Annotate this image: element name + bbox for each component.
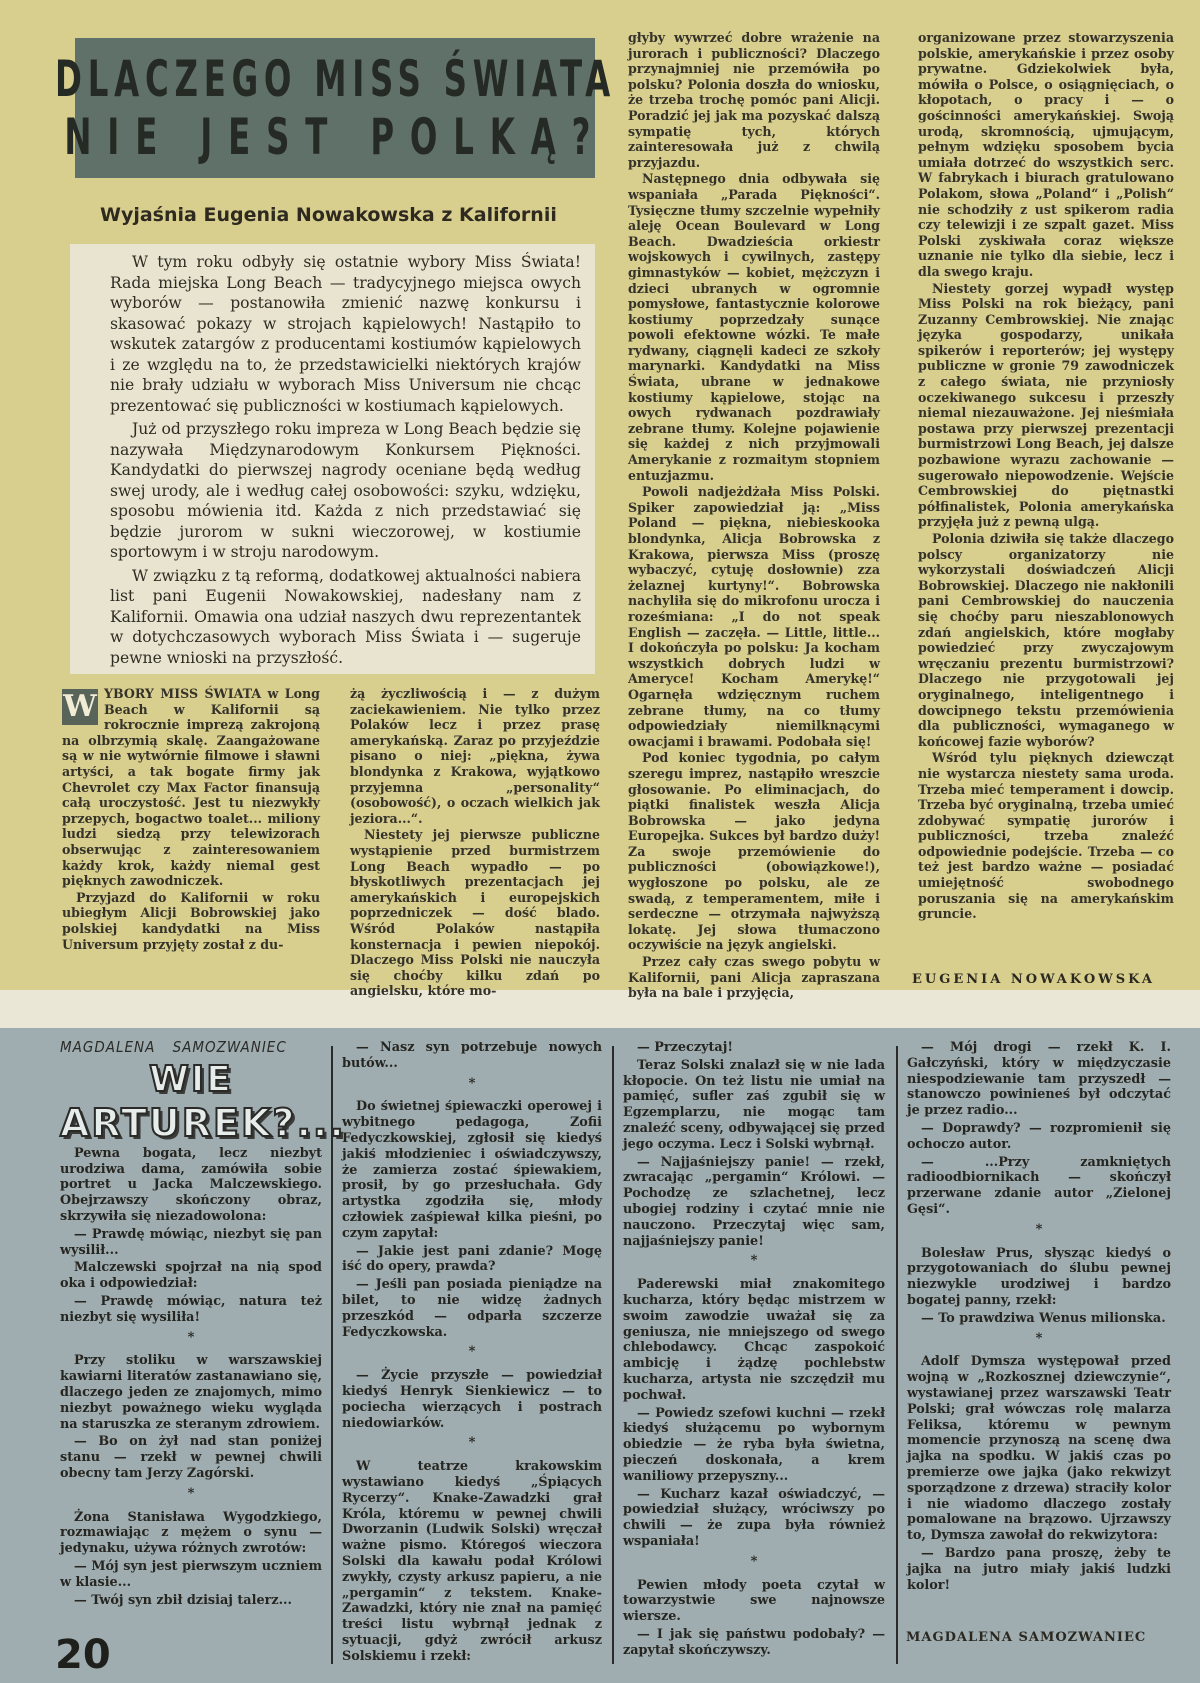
- column-rule: [896, 1046, 898, 1664]
- paragraph: Polonia dziwiła się także dlaczego polsc…: [918, 531, 1174, 749]
- article1-column-3: głyby wywrzeć dobre wrażenie na jurorach…: [628, 30, 880, 1002]
- article2-author: MAGDALENA SAMOZWANIEC: [60, 1040, 322, 1056]
- section-divider: [0, 990, 1200, 1028]
- paragraph: głyby wywrzeć dobre wrażenie na jurorach…: [628, 30, 880, 170]
- paragraph: — Twój syn zbił dzisiaj talerz...: [60, 1593, 322, 1609]
- paragraph: — Doprawdy? — rozpromienił się ochoczo a…: [907, 1121, 1171, 1153]
- paragraph: organizowane przez stowarzyszenia polski…: [918, 30, 1174, 280]
- article1-column-1: WYBORY MISS ŚWIATA w Long Beach w Kalifo…: [62, 686, 320, 953]
- star-separator-icon: *: [342, 1344, 602, 1360]
- star-separator-icon: *: [60, 1330, 322, 1346]
- paragraph: — I jak się państwu podobały? — zapytał …: [623, 1627, 885, 1659]
- paragraph: Żona Stanisława Wygodzkiego, rozmawiając…: [60, 1510, 322, 1557]
- author-signature: EUGENIA NOWAKOWSKA: [912, 972, 1155, 987]
- paragraph: Przyjazd do Kalifornii w roku ubiegłym A…: [62, 890, 320, 952]
- paragraph: — Bardzo pana proszę, żeby te jajka na j…: [907, 1546, 1171, 1593]
- paragraph: — Powiedz szefowi kuchni — rzekł kiedyś …: [623, 1406, 885, 1485]
- article2-column-4: — Mój drogi — rzekł K. I. Gałczyński, kt…: [907, 1040, 1171, 1595]
- article1-column-2: żą życzliwością i — z dużym zaciekawieni…: [350, 686, 600, 1000]
- paragraph: Pod koniec tygodnia, po całym szeregu im…: [628, 750, 880, 953]
- headline-line-2: NIE JEST POLKĄ?: [64, 108, 606, 166]
- star-separator-icon: *: [342, 1076, 602, 1092]
- intro-paragraph: Już od przyszłego roku impreza w Long Be…: [110, 419, 581, 563]
- paragraph: — Kucharz kazał oświadczyć, — powiedział…: [623, 1487, 885, 1550]
- star-separator-icon: *: [623, 1554, 885, 1570]
- star-separator-icon: *: [623, 1253, 885, 1269]
- paragraph: Do świetnej śpiewaczki operowej i wybitn…: [342, 1099, 602, 1241]
- lead-paragraph: WYBORY MISS ŚWIATA w Long Beach w Kalifo…: [62, 686, 320, 889]
- paragraph: — Prawdę mówiąc, niezbyt się pan wysilił…: [60, 1227, 322, 1259]
- paragraph: — To prawdziwa Wenus milionska.: [907, 1311, 1171, 1327]
- headline-box: DLACZEGO MISS ŚWIATA NIE JEST POLKĄ?: [75, 38, 595, 178]
- star-separator-icon: *: [907, 1222, 1171, 1238]
- paragraph: Niestety jej pierwsze publiczne wystąpie…: [350, 827, 600, 999]
- dropcap-letter: W: [62, 689, 98, 725]
- star-separator-icon: *: [342, 1435, 602, 1451]
- author-signature: MAGDALENA SAMOZWANIEC: [906, 1630, 1146, 1645]
- paragraph: — Jeśli pan posiada pieniądze na bilet, …: [342, 1277, 602, 1340]
- paragraph: — Nasz syn potrzebuje nowych butów...: [342, 1040, 602, 1072]
- paragraph: — ...Przy zamkniętych radioodbiornikach …: [907, 1155, 1171, 1218]
- star-separator-icon: *: [60, 1486, 322, 1502]
- intro-paragraph: W tym roku odbyły się ostatnie wybory Mi…: [110, 252, 581, 416]
- paragraph: — Mój syn jest pierwszym uczniem w klasi…: [60, 1559, 322, 1591]
- paragraph: Następnego dnia odbywała się wspaniała „…: [628, 171, 880, 483]
- paragraph: — Mój drogi — rzekł K. I. Gałczyński, kt…: [907, 1040, 1171, 1119]
- article2-column-3: — Przeczytaj! Teraz Solski znalazł się w…: [623, 1040, 885, 1660]
- article1-column-4: organizowane przez stowarzyszenia polski…: [918, 30, 1174, 923]
- paragraph: — Jakie jest pani zdanie? Mogę iść do op…: [342, 1244, 602, 1276]
- page-number: 20: [55, 1632, 111, 1678]
- paragraph: — Życie przyszłe — powiedział kiedyś Hen…: [342, 1368, 602, 1431]
- paragraph: żą życzliwością i — z dużym zaciekawieni…: [350, 686, 600, 826]
- paragraph: Niestety gorzej wypadł występ Miss Polsk…: [918, 281, 1174, 531]
- paragraph: — Prawdę mówiąc, natura też niezbyt się …: [60, 1294, 322, 1326]
- intro-box: W tym roku odbyły się ostatnie wybory Mi…: [70, 244, 595, 674]
- article2-column-2: — Nasz syn potrzebuje nowych butów... * …: [342, 1040, 602, 1666]
- paragraph: — Przeczytaj!: [623, 1040, 885, 1056]
- paragraph: Powoli nadjeżdżała Miss Polski. Spiker z…: [628, 484, 880, 749]
- paragraph: — Najjaśniejszy panie! — rzekł, zwracają…: [623, 1155, 885, 1250]
- article-subtitle: Wyjaśnia Eugenia Nowakowska z Kalifornii: [100, 204, 580, 226]
- intro-paragraph: W związku z tą reformą, dodatkowej aktua…: [110, 566, 581, 669]
- article2-title: WIE ARTUREK?...: [60, 1060, 322, 1146]
- paragraph: Pewien młody poeta czytał w towarzystwie…: [623, 1578, 885, 1625]
- paragraph: Adolf Dymsza występował przed wojną w „R…: [907, 1354, 1171, 1544]
- paragraph: W teatrze krakowskim wystawiano kiedyś „…: [342, 1459, 602, 1664]
- paragraph: Paderewski miał znakomitego kucharza, kt…: [623, 1277, 885, 1403]
- column-rule: [612, 1046, 614, 1664]
- paragraph: Malczewski spojrzał na nią spod oka i od…: [60, 1260, 322, 1292]
- paragraph: Przez cały czas swego pobytu w Kaliforni…: [628, 954, 880, 1001]
- star-separator-icon: *: [907, 1331, 1171, 1347]
- paragraph: Przy stoliku w warszawskiej kawiarni lit…: [60, 1353, 322, 1432]
- paragraph: Bolesław Prus, słysząc kiedyś o przygoto…: [907, 1246, 1171, 1309]
- paragraph: — Bo on żył nad stan poniżej stanu — rze…: [60, 1434, 322, 1481]
- article2-column-1: MAGDALENA SAMOZWANIEC WIE ARTUREK?... Pe…: [60, 1040, 322, 1610]
- paragraph: Wśród tylu pięknych dziewcząt nie wystar…: [918, 750, 1174, 922]
- headline-line-1: DLACZEGO MISS ŚWIATA: [55, 50, 616, 108]
- paragraph: Pewna bogata, lecz niezbyt urodziwa dama…: [60, 1146, 322, 1225]
- paragraph: Teraz Solski znalazł się w nie lada kłop…: [623, 1058, 885, 1153]
